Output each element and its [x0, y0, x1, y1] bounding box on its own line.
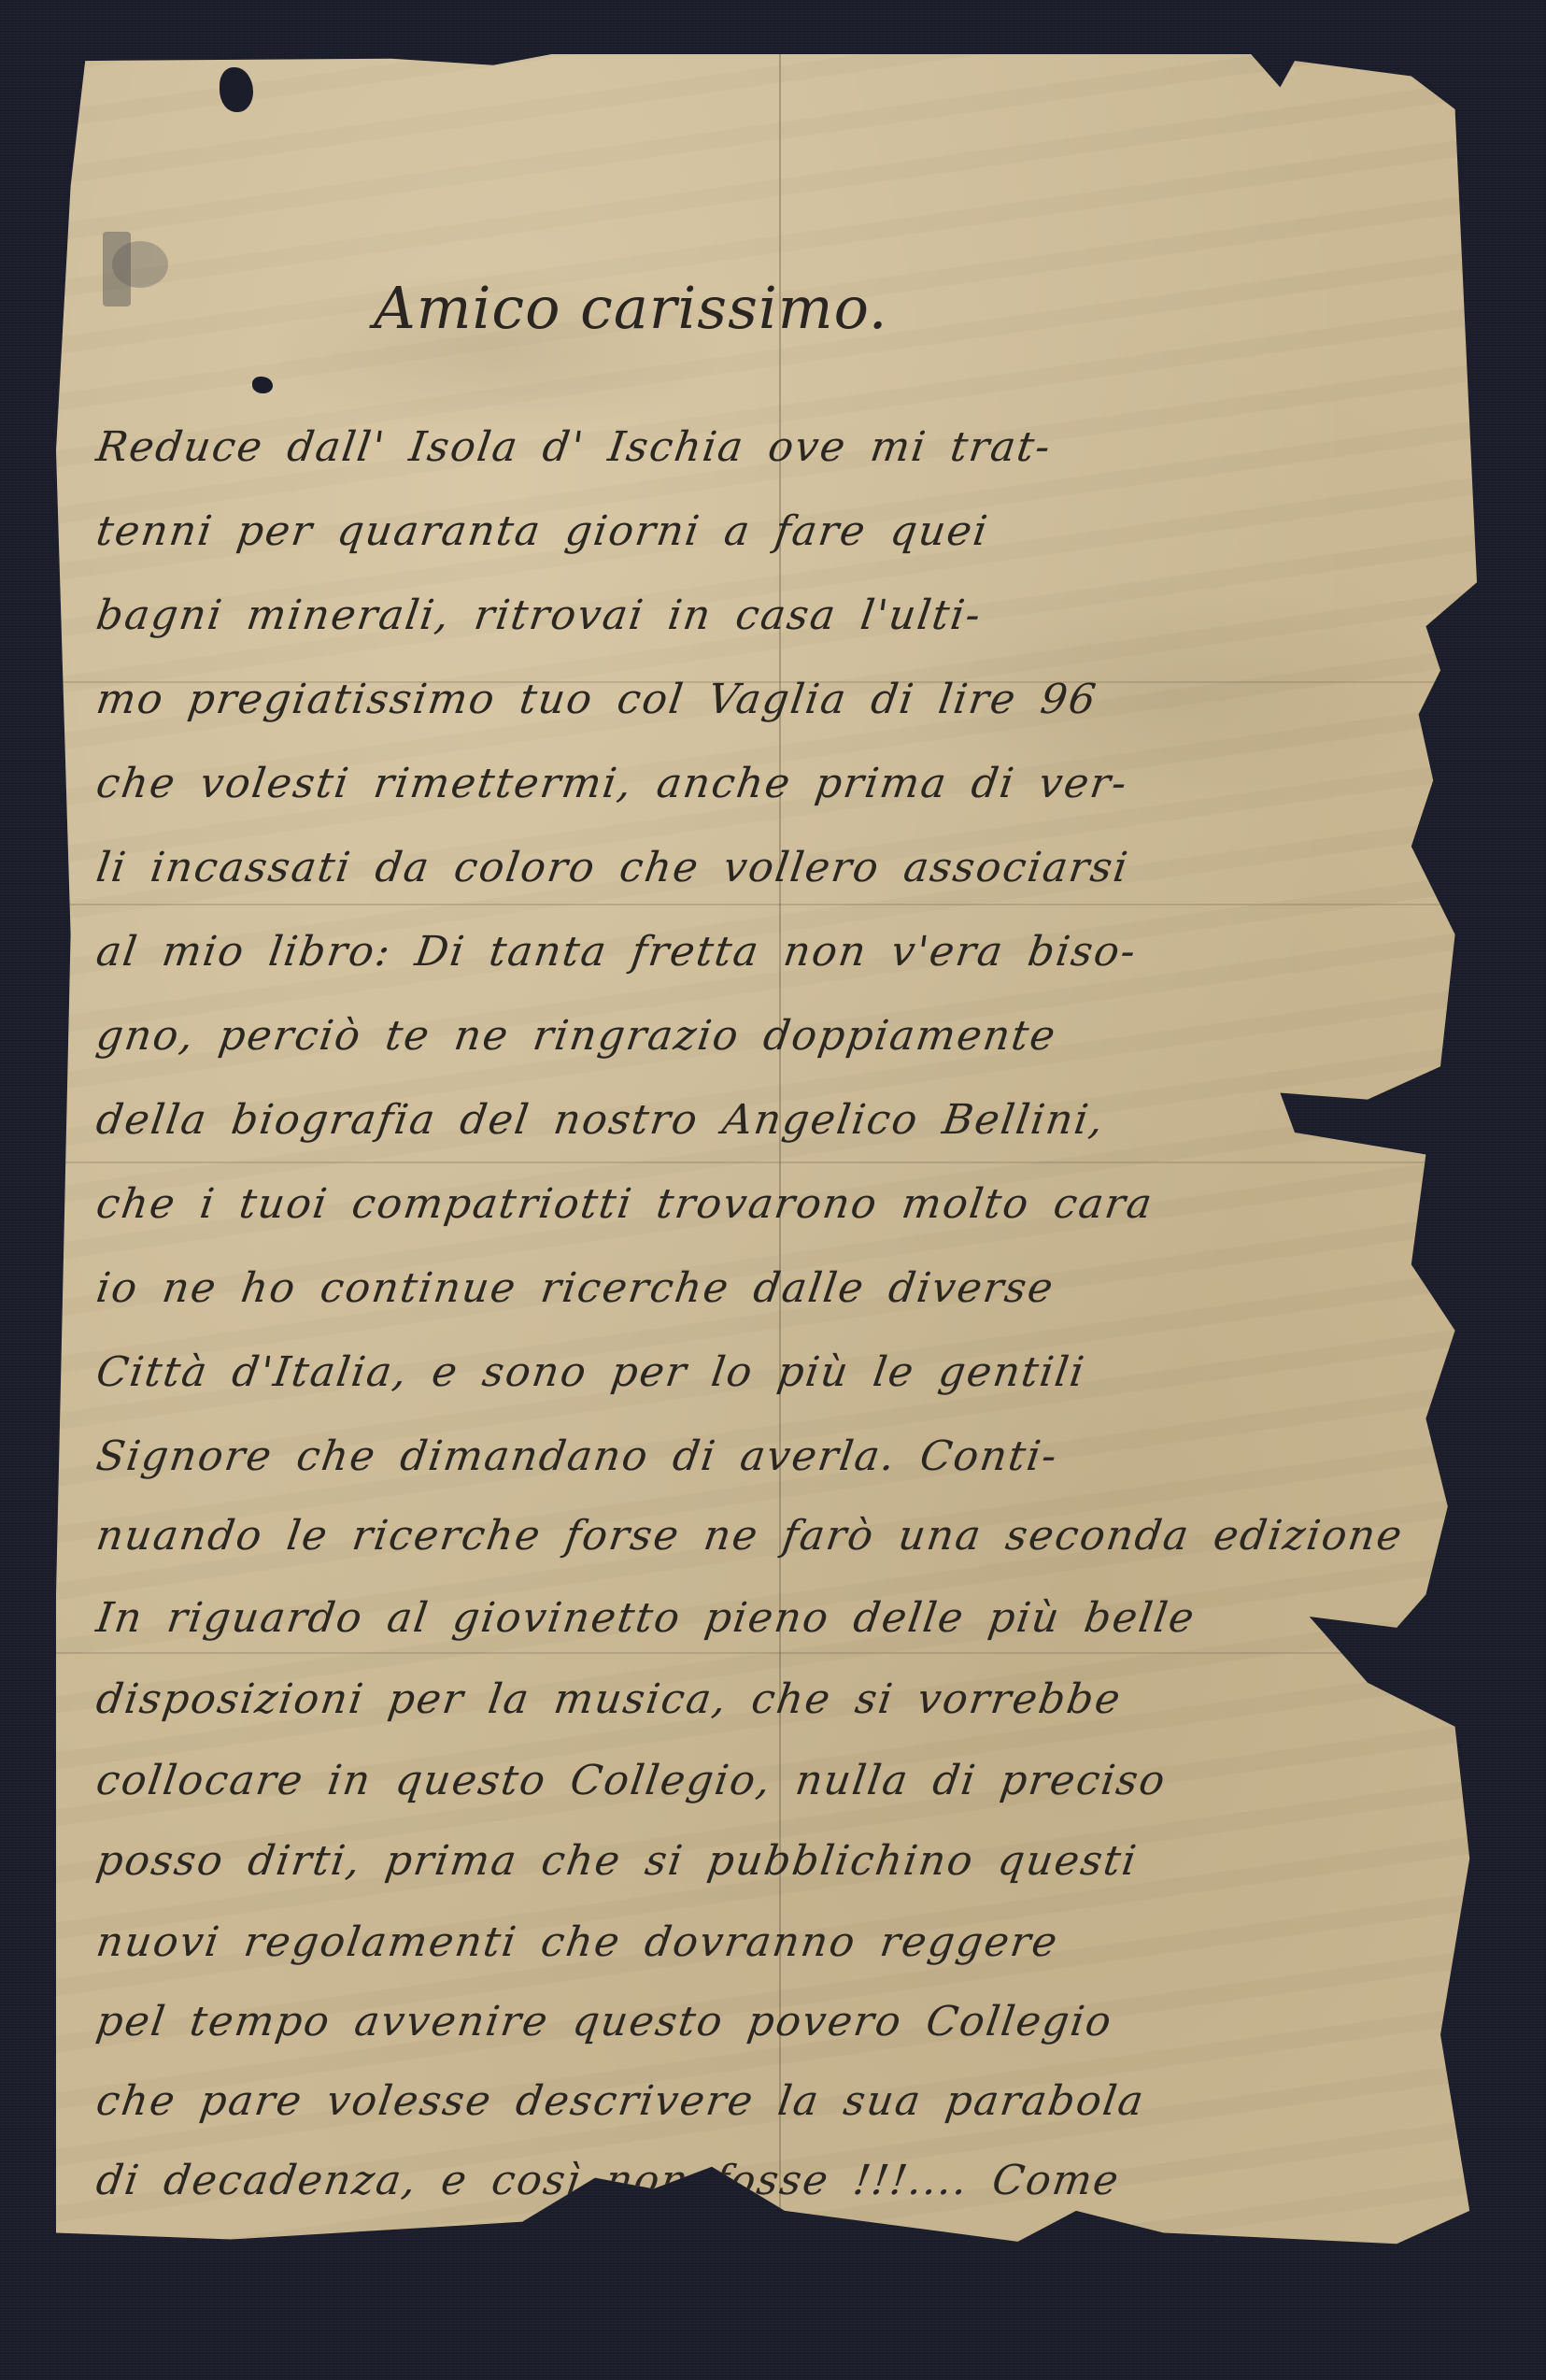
text-line: che pare volesse descrivere la sua parab…: [93, 2077, 1501, 2125]
text-line: li incassati da coloro che vollero assoc…: [93, 844, 1501, 891]
text-line: In riguardo al giovinetto pieno delle pi…: [93, 1594, 1501, 1642]
text-line: che i tuoi compatriotti trovarono molto …: [93, 1180, 1501, 1228]
text-line: disposizioni per la musica, che si vorre…: [93, 1675, 1501, 1723]
text-line: che volesti rimettermi, anche prima di v…: [93, 760, 1501, 807]
letter-body: Amico carissimo. Reduce dall' Isola d' I…: [56, 54, 1513, 2255]
letter-paper: Amico carissimo. Reduce dall' Isola d' I…: [56, 54, 1513, 2255]
text-line: nuando le ricerche forse ne farò una sec…: [93, 1512, 1501, 1560]
text-line: posso dirti, prima che si pubblichino qu…: [93, 1837, 1501, 1885]
text-line: bagni minerali, ritrovai in casa l'ulti-: [93, 591, 1501, 639]
text-line: pel tempo avvenire questo povero Collegi…: [93, 1998, 1501, 2045]
text-line: nuovi regolamenti che dovranno reggere: [93, 1918, 1501, 1966]
text-line: Signore che dimandano di averla. Conti-: [93, 1432, 1501, 1480]
text-line: tenni per quaranta giorni a fare quei: [93, 507, 1501, 555]
salutation: Amico carissimo.: [374, 274, 888, 342]
text-line: Reduce dall' Isola d' Ischia ove mi trat…: [93, 423, 1501, 471]
text-line: Città d'Italia, e sono per lo più le gen…: [93, 1348, 1501, 1396]
text-line: al mio libro: Di tanta fretta non v'era …: [93, 928, 1501, 976]
text-line: collocare in questo Collegio, nulla di p…: [93, 1757, 1501, 1804]
text-line: gno, perciò te ne ringrazio doppiamente: [93, 1012, 1501, 1060]
text-line: di decadenza, e così non fosse !!!.... C…: [93, 2157, 1501, 2204]
text-line: io ne ho continue ricerche dalle diverse: [93, 1264, 1501, 1312]
text-line: della biografia del nostro Angelico Bell…: [93, 1096, 1501, 1144]
text-line: se tre secoli di gloria imperitura, non: [93, 2236, 1501, 2284]
text-line: mo pregiatissimo tuo col Vaglia di lire …: [93, 676, 1501, 723]
